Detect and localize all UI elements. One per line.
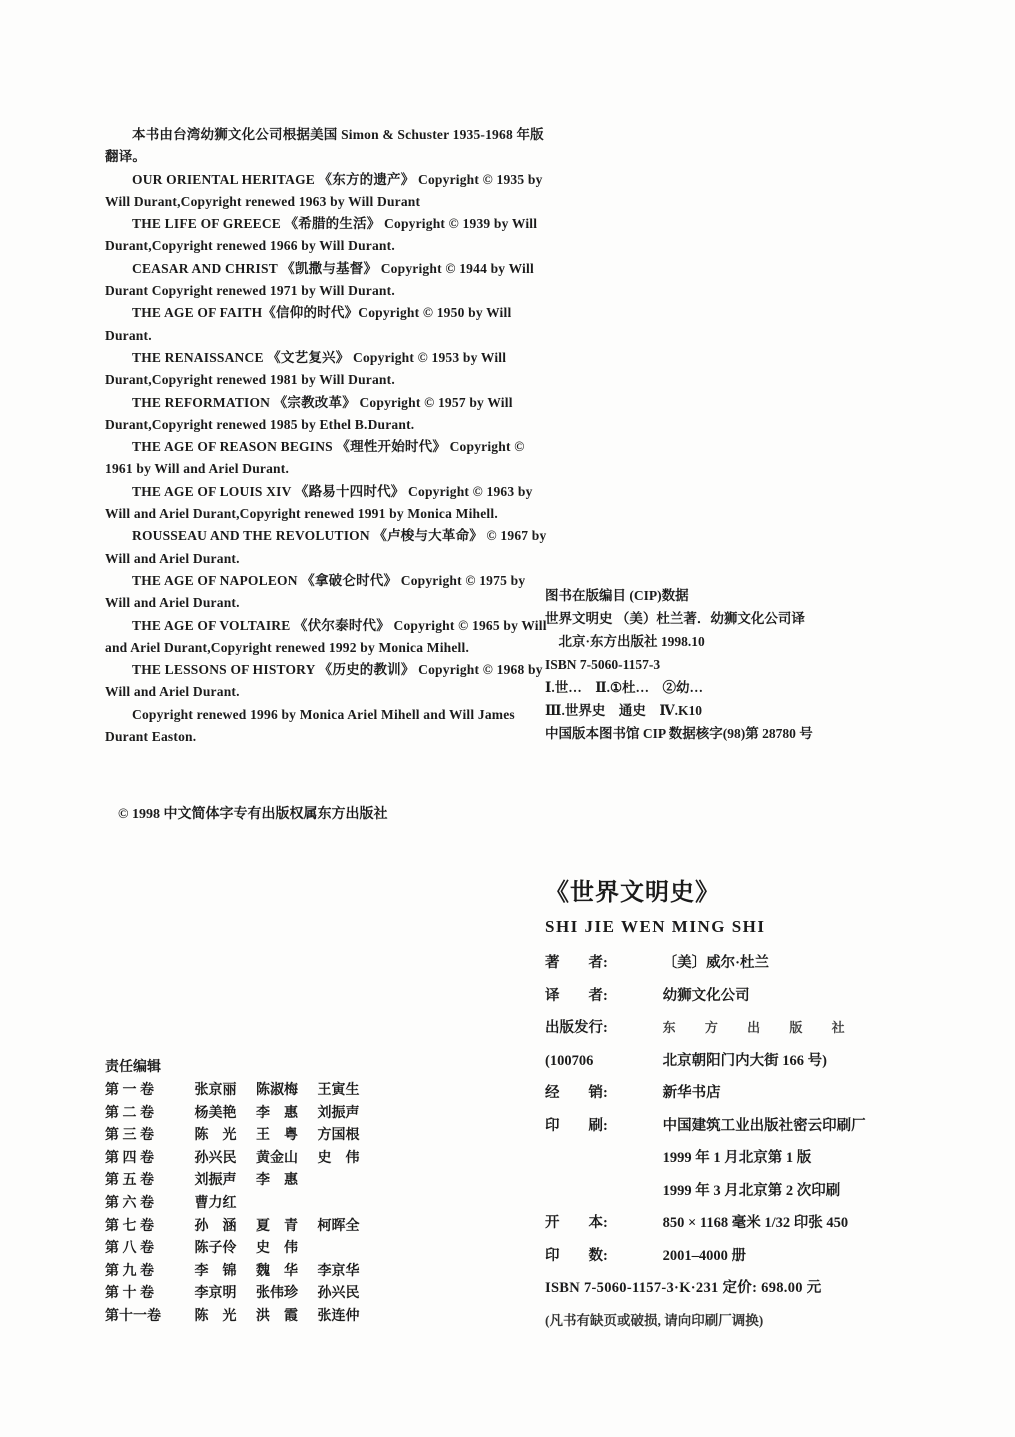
simplified-chinese-rights-line: © 1998 中文简体字专有出版权属东方出版社 <box>118 803 387 823</box>
copyright-paragraph: CEASAR AND CHRIST 《凯撒与基督》 Copyright © 19… <box>105 258 550 303</box>
editor-name: 柯晖全 <box>318 1216 360 1239</box>
copyright-paragraph: THE AGE OF NAPOLEON 《拿破仑时代》 Copyright © … <box>105 570 550 615</box>
volume-label: 第 八 卷 <box>105 1238 191 1261</box>
volume-label: 第 五 卷 <box>105 1170 191 1193</box>
editor-name: 夏 青 <box>256 1216 298 1239</box>
cip-line: ISBN 7-5060-1157-3 <box>545 653 975 676</box>
defect-exchange-note: (凡书有缺页或破损, 请向印刷厂调换) <box>545 1305 1005 1338</box>
editor-row: 第 五 卷 刘振声 李 惠 <box>105 1170 535 1193</box>
editor-row: 第 六 卷 曹力红 <box>105 1193 535 1216</box>
colophon-row-printer: 印 刷: 中国建筑工业出版社密云印刷厂 <box>545 1110 1005 1143</box>
editors-block: 责任编辑 第 一 卷 张京丽 陈淑梅 王寅生 第 二 卷 杨美艳 李 惠 刘振声… <box>105 1056 535 1329</box>
volume-label: 第 十 卷 <box>105 1283 191 1306</box>
colophon-label: 印 刷: <box>545 1110 659 1143</box>
editor-name: 李 惠 <box>256 1170 298 1193</box>
copyright-paragraph: THE AGE OF LOUIS XIV 《路易十四时代》 Copyright … <box>105 481 550 526</box>
editor-name: 魏 华 <box>256 1261 298 1284</box>
cip-line: 中国版本图书馆 CIP 数据核字(98)第 28780 号 <box>545 722 975 745</box>
colophon-value: 1999 年 3 月北京第 2 次印刷 <box>663 1183 841 1199</box>
editor-name: 陈 光 <box>195 1306 237 1329</box>
editor-row: 第 一 卷 张京丽 陈淑梅 王寅生 <box>105 1080 535 1103</box>
copyright-paragraph: THE REFORMATION 《宗教改革》 Copyright © 1957 … <box>105 392 550 437</box>
editor-name: 黄金山 <box>256 1148 298 1171</box>
editor-name: 陈淑梅 <box>256 1080 298 1103</box>
editor-name: 孙兴民 <box>318 1283 360 1306</box>
editor-row: 第 九 卷 李 锦 魏 华 李京华 <box>105 1261 535 1284</box>
editor-name: 孙 涵 <box>195 1216 237 1239</box>
editor-name: 方国根 <box>318 1125 360 1148</box>
colophon-label: 印 数: <box>545 1240 659 1273</box>
copyright-paragraph: OUR ORIENTAL HERITAGE 《东方的遗产》 Copyright … <box>105 169 550 214</box>
colophon-label: 经 销: <box>545 1077 659 1110</box>
editor-name: 张伟珍 <box>256 1283 298 1306</box>
copyright-paragraph: 本书由台湾幼狮文化公司根据美国 Simon & Schuster 1935-19… <box>105 124 550 169</box>
editor-row: 第 二 卷 杨美艳 李 惠 刘振声 <box>105 1103 535 1126</box>
volume-label: 第 四 卷 <box>105 1148 191 1171</box>
editor-name: 王 粤 <box>256 1125 298 1148</box>
copyright-paragraph: THE LESSONS OF HISTORY 《历史的教训》 Copyright… <box>105 659 550 704</box>
colophon-value: 850 × 1168 毫米 1/32 印张 450 <box>663 1215 849 1231</box>
colophon-label: 出版发行: <box>545 1012 659 1045</box>
colophon-row-edition: 1999 年 1 月北京第 1 版 <box>545 1142 1005 1175</box>
editor-name: 刘振声 <box>195 1170 237 1193</box>
colophon-label: 著 者: <box>545 947 659 980</box>
copyright-paragraph: THE AGE OF VOLTAIRE 《伏尔泰时代》 Copyright © … <box>105 615 550 660</box>
colophon-label: (100706 <box>545 1045 659 1078</box>
copyright-paragraph: THE AGE OF FAITH《信仰的时代》Copyright © 1950 … <box>105 302 550 347</box>
colophon-block: 《世界文明史》 SHI JIE WEN MING SHI 著 者: 〔美〕威尔·… <box>545 872 1005 1337</box>
editor-row: 第十一卷 陈 光 洪 霞 张连仲 <box>105 1306 535 1329</box>
colophon-label: 开 本: <box>545 1207 659 1240</box>
editor-name: 杨美艳 <box>195 1103 237 1126</box>
editor-name: 李京华 <box>318 1261 360 1284</box>
editor-row: 第 四 卷 孙兴民 黄金山 史 伟 <box>105 1148 535 1171</box>
colophon-value: 2001–4000 册 <box>663 1248 746 1264</box>
editor-name: 张京丽 <box>195 1080 237 1103</box>
cip-data-block: 图书在版编目 (CIP)数据 世界文明史 （美）杜兰著．幼狮文化公司译 北京·东… <box>545 584 975 745</box>
volume-label: 第 二 卷 <box>105 1103 191 1126</box>
colophon-row-address: (100706 北京朝阳门内大街 166 号) <box>545 1045 1005 1078</box>
colophon-row-publisher: 出版发行: 东 方 出 版 社 <box>545 1012 1005 1045</box>
editor-name: 王寅生 <box>318 1080 360 1103</box>
editor-row: 第 十 卷 李京明 张伟珍 孙兴民 <box>105 1283 535 1306</box>
colophon-row-translator: 译 者: 幼狮文化公司 <box>545 980 1005 1013</box>
publisher-logotype: 东 方 出 版 社 <box>663 1020 858 1035</box>
editor-name: 曹力红 <box>195 1193 237 1216</box>
editor-name: 陈子伶 <box>195 1238 237 1261</box>
editor-name: 陈 光 <box>195 1125 237 1148</box>
cip-line: 世界文明史 （美）杜兰著．幼狮文化公司译 <box>545 607 975 630</box>
copyright-paragraph: THE RENAISSANCE 《文艺复兴》 Copyright © 1953 … <box>105 347 550 392</box>
volume-label: 第十一卷 <box>105 1306 191 1329</box>
colophon-row-distributor: 经 销: 新华书店 <box>545 1077 1005 1110</box>
colophon-row-printing: 1999 年 3 月北京第 2 次印刷 <box>545 1175 1005 1208</box>
editor-name: 史 伟 <box>318 1148 360 1171</box>
cip-line: 图书在版编目 (CIP)数据 <box>545 584 975 607</box>
colophon-value: 幼狮文化公司 <box>663 988 750 1004</box>
editor-name: 张连仲 <box>318 1306 360 1329</box>
colophon-row-author: 著 者: 〔美〕威尔·杜兰 <box>545 947 1005 980</box>
cip-line: Ⅰ.世… Ⅱ.①杜… ②幼… <box>545 676 975 699</box>
colophon-row-print-run: 印 数: 2001–4000 册 <box>545 1240 1005 1273</box>
volume-label: 第 三 卷 <box>105 1125 191 1148</box>
editor-name: 李京明 <box>195 1283 237 1306</box>
colophon-value: 中国建筑工业出版社密云印刷厂 <box>663 1118 866 1134</box>
volume-label: 第 九 卷 <box>105 1261 191 1284</box>
editor-name: 洪 霞 <box>256 1306 298 1329</box>
editor-row: 第 七 卷 孙 涵 夏 青 柯晖全 <box>105 1216 535 1239</box>
colophon-value: 新华书店 <box>663 1085 721 1101</box>
editor-row: 第 八 卷 陈子伶 史 伟 <box>105 1238 535 1261</box>
colophon-value: 〔美〕威尔·杜兰 <box>663 955 769 971</box>
cip-line: Ⅲ.世界史 通史 Ⅳ.K10 <box>545 699 975 722</box>
book-title-pinyin: SHI JIE WEN MING SHI <box>545 917 1005 937</box>
volume-label: 第 七 卷 <box>105 1216 191 1239</box>
copyright-paragraph: ROUSSEAU AND THE REVOLUTION 《卢梭与大革命》 © 1… <box>105 525 550 570</box>
editor-row: 第 三 卷 陈 光 王 粤 方国根 <box>105 1125 535 1148</box>
book-copyright-page: 本书由台湾幼狮文化公司根据美国 Simon & Schuster 1935-19… <box>0 0 1015 1437</box>
editor-name: 李 锦 <box>195 1261 237 1284</box>
copyright-paragraph: THE AGE OF REASON BEGINS 《理性开始时代》 Copyri… <box>105 436 550 481</box>
isbn-price-line: ISBN 7-5060-1157-3·K·231 定价: 698.00 元 <box>545 1272 1005 1305</box>
colophon-value: 北京朝阳门内大街 166 号) <box>663 1053 827 1069</box>
editors-heading: 责任编辑 <box>105 1056 535 1080</box>
colophon-value: 1999 年 1 月北京第 1 版 <box>663 1150 812 1166</box>
editor-name: 刘振声 <box>318 1103 360 1126</box>
editor-name: 李 惠 <box>256 1103 298 1126</box>
copyright-notices-block: 本书由台湾幼狮文化公司根据美国 Simon & Schuster 1935-19… <box>105 124 550 748</box>
editor-name: 史 伟 <box>256 1238 298 1261</box>
volume-label: 第 一 卷 <box>105 1080 191 1103</box>
colophon-label: 译 者: <box>545 980 659 1013</box>
volume-label: 第 六 卷 <box>105 1193 191 1216</box>
colophon-row-format: 开 本: 850 × 1168 毫米 1/32 印张 450 <box>545 1207 1005 1240</box>
copyright-paragraph: THE LIFE OF GREECE 《希腊的生活》 Copyright © 1… <box>105 213 550 258</box>
cip-line: 北京·东方出版社 1998.10 <box>545 630 975 653</box>
copyright-paragraph: Copyright renewed 1996 by Monica Ariel M… <box>105 704 550 749</box>
editor-name: 孙兴民 <box>195 1148 237 1171</box>
book-title: 《世界文明史》 <box>545 872 1005 907</box>
